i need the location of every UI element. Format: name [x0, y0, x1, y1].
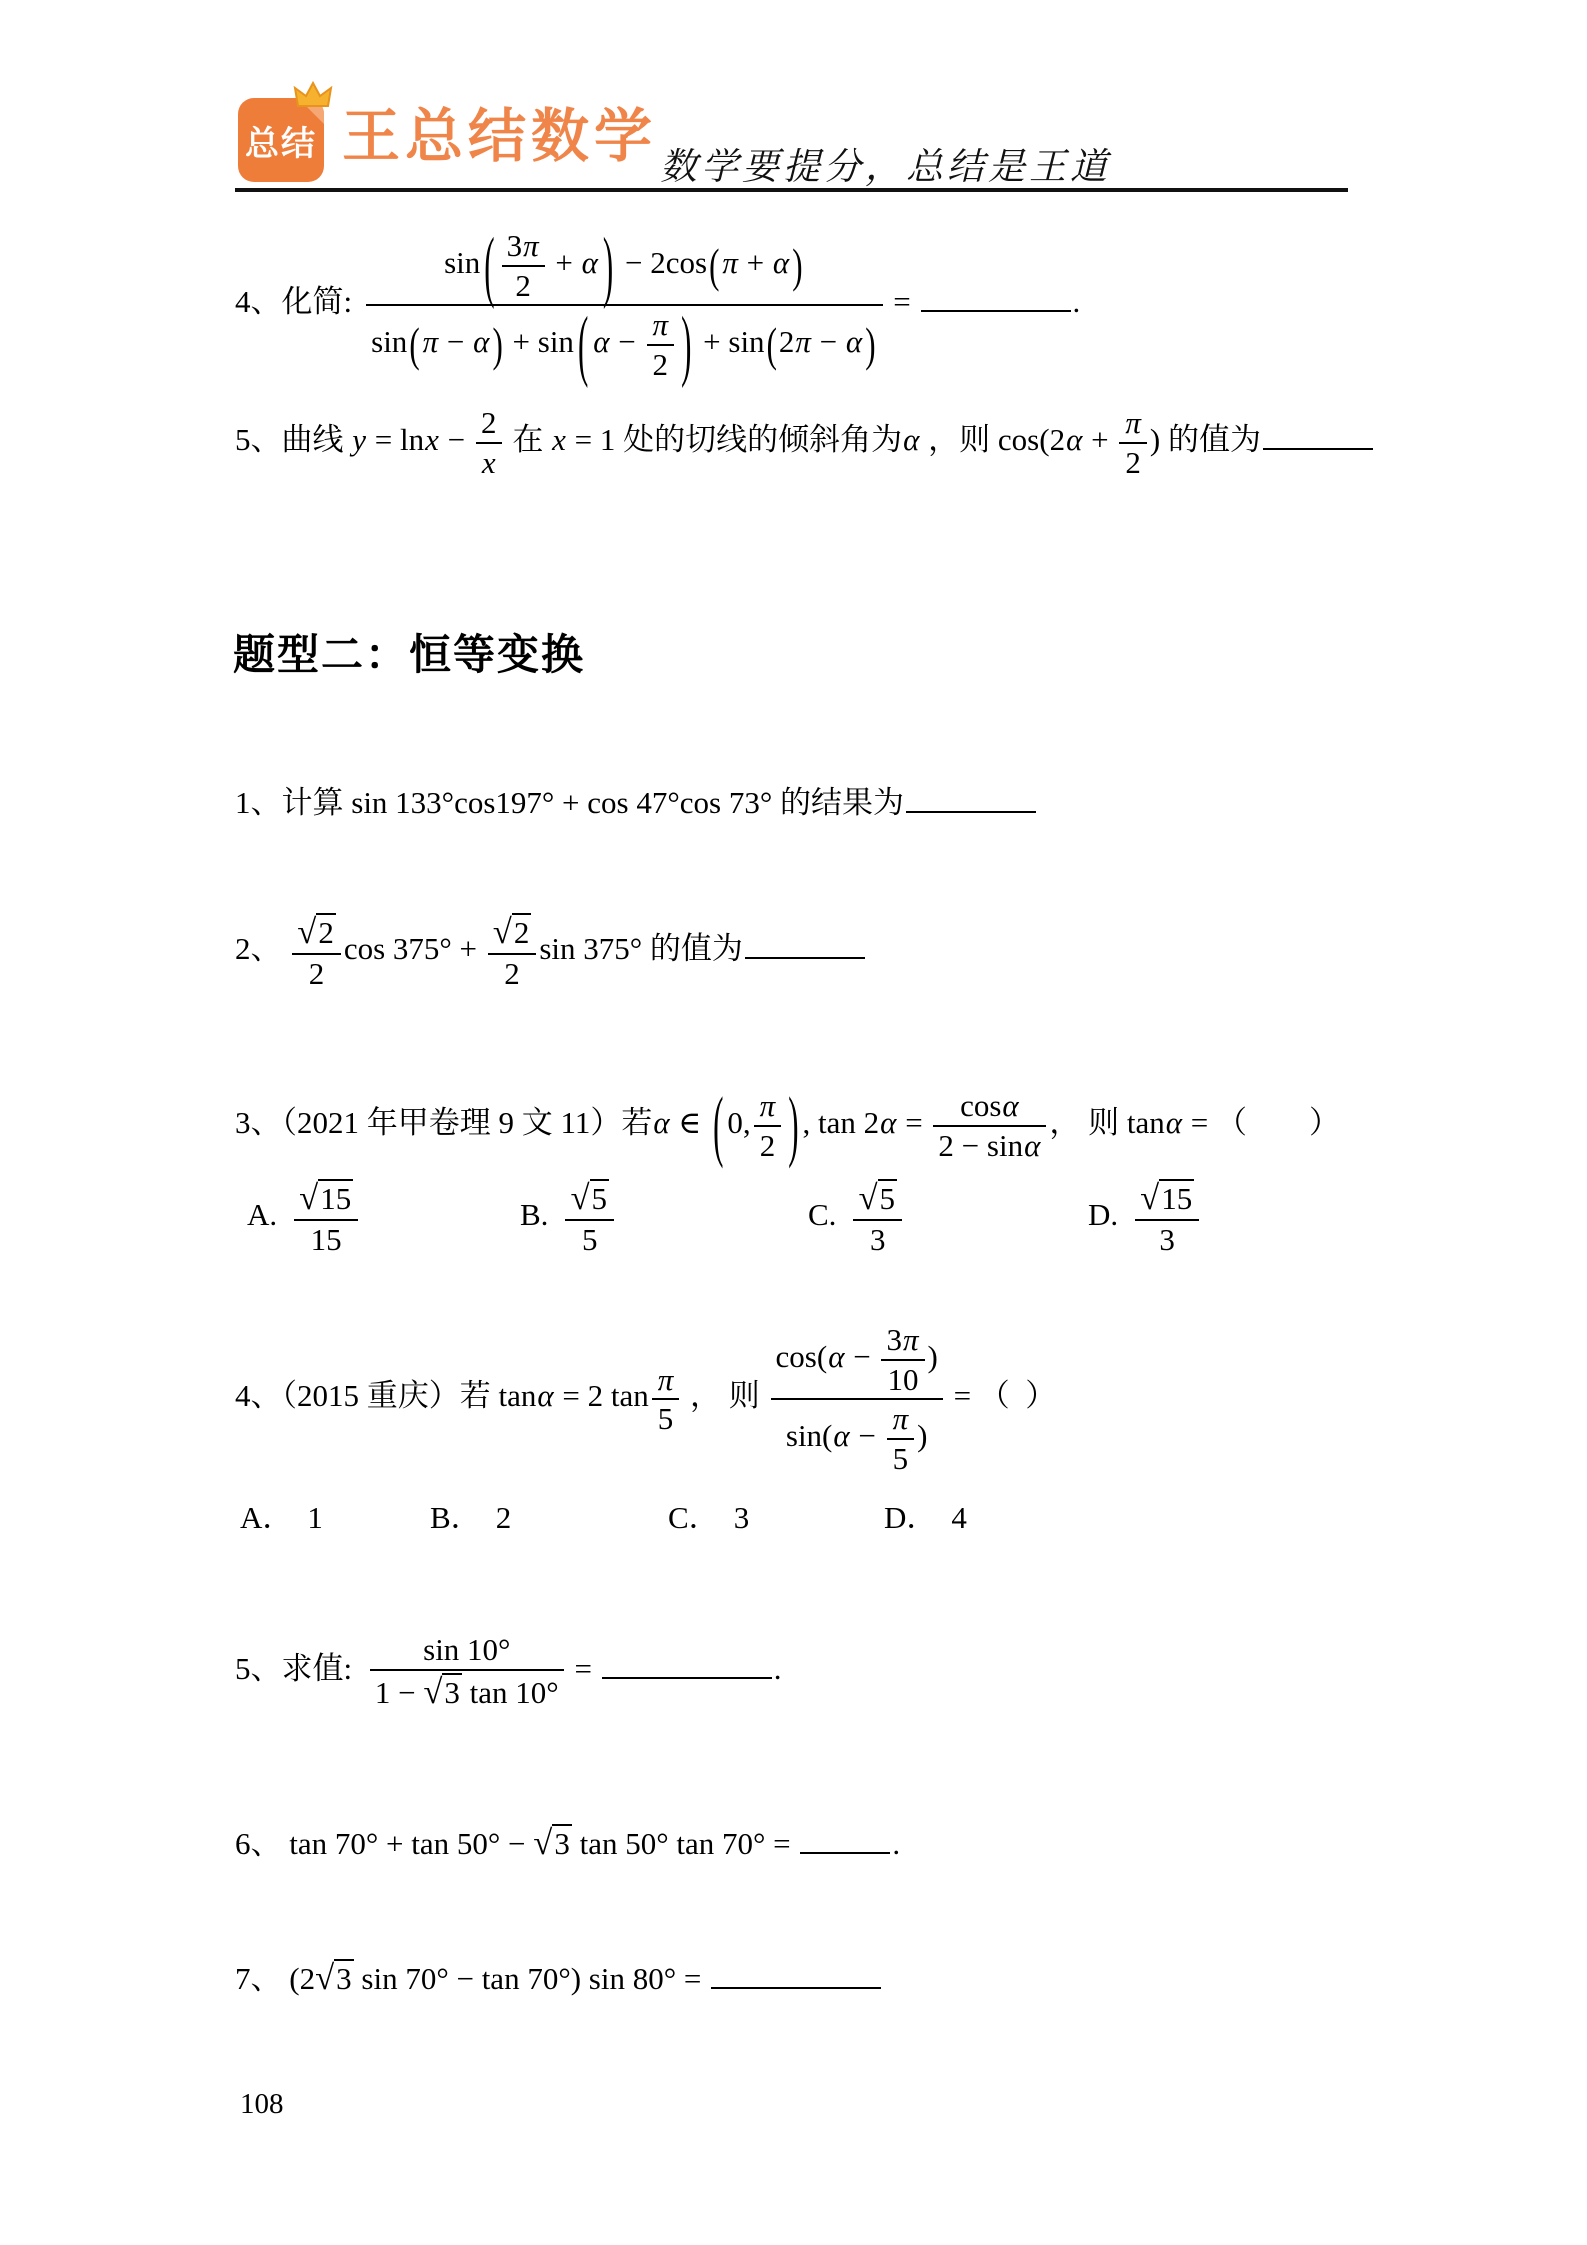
- option-b: B．2: [430, 1492, 511, 1537]
- problem-compute-1: 1、计算 sin 133°cos197° + cos 47°cos 73° 的结…: [235, 782, 1038, 824]
- worksheet-page: 总结 王总结数学 数学要提分，总结是王道 4、化简:sin(3π2 + α) −…: [0, 0, 1587, 2245]
- option-d: D.153: [1088, 1178, 1202, 1258]
- option-a: A．1: [240, 1492, 323, 1537]
- header-divider: [235, 188, 1348, 192]
- brand-title: 王总结数学: [342, 108, 657, 166]
- logo-badge-label: 总结: [245, 116, 317, 165]
- option-a: A.1515: [247, 1178, 361, 1258]
- page-number: 108: [240, 2088, 284, 2121]
- problem-2015-chongqing-4: 4、（2015 重庆）若 tanα = 2 tanπ5 ， 则 cos(α − …: [235, 1322, 1056, 1477]
- problem-2021-gaokao-3: 3、（2021 年甲卷理 9 文 11）若α ∈ (0,π2), tan 2α …: [235, 1088, 1340, 1163]
- option-b: B.55: [520, 1178, 617, 1258]
- options-row-q3: A.1515 B.55 C.53 D.153: [0, 1178, 1587, 1288]
- section-heading-identity-transform: 题型二：恒等变换: [233, 622, 585, 682]
- problem-simplify-4: 4、化简:sin(3π2 + α) − 2cos(π + α)sin(π − α…: [235, 228, 1080, 383]
- option-d: D．4: [884, 1492, 967, 1537]
- problem-tangent-5: 5、曲线 y = lnx − 2x 在 x = 1 处的切线的倾斜角为α ，则 …: [235, 405, 1375, 480]
- problem-tan-sum-6: 6、 tan 70° + tan 50° − 3 tan 50° tan 70°…: [235, 1820, 900, 1867]
- problem-product-7: 7、 (23 sin 70° − tan 70°) sin 80° =: [235, 1955, 883, 2002]
- options-row-q4: A．1 B．2 C．3 D．4: [0, 1492, 1587, 1542]
- option-c: C.53: [808, 1178, 905, 1258]
- problem-sqrt2-2: 2、 22cos 375° + 22sin 375° 的值为: [235, 912, 867, 992]
- brand-logo-badge: 总结: [238, 98, 324, 182]
- brand-tagline: 数学要提分，总结是王道: [660, 136, 1120, 190]
- option-c: C．3: [668, 1492, 749, 1537]
- problem-evaluate-5: 5、求值: sin 10°1 − 3 tan 10° = .: [235, 1632, 781, 1712]
- crown-icon: [292, 80, 334, 114]
